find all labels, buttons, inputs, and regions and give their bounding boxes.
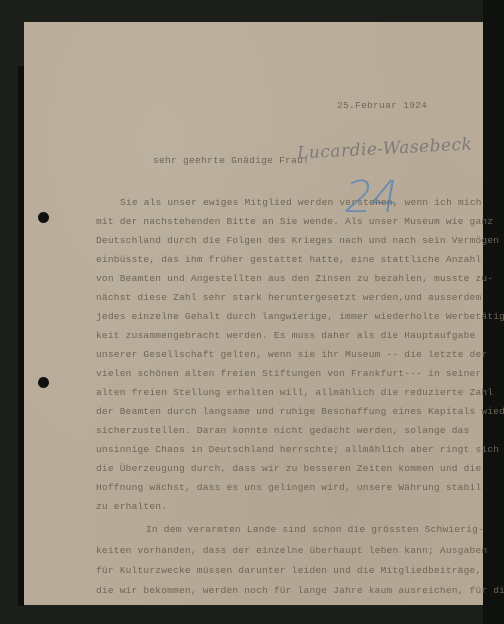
body-line: keiten vorhanden, dass der einzelne über… — [96, 545, 487, 556]
letter-date: 25.Februar 1924 — [337, 100, 427, 111]
body-line: Hoffnung wächst, dass es uns gelingen wi… — [96, 482, 481, 493]
body-line: unsinnige Chaos in Deutschland herrschte… — [96, 444, 499, 455]
body-line: alten freien Stellung erhalten will, all… — [96, 387, 493, 398]
body-line: sicherzustellen. Daran konnte nicht geda… — [96, 425, 470, 436]
body-line: Sie als unser ewiges Mitglied werden ver… — [120, 197, 482, 208]
body-line: keit zusammengebracht werden. Es muss da… — [96, 330, 475, 341]
punch-hole-bottom — [38, 377, 49, 388]
body-line: vielen schönen alten freien Stiftungen v… — [96, 368, 481, 379]
body-line: Deutschland durch die Folgen des Krieges… — [96, 235, 499, 246]
body-line: einbüsste, das ihm früher gestattet hatt… — [96, 254, 481, 265]
punch-hole-top — [38, 212, 49, 223]
body-line: In dem verarmten Lande sind schon die gr… — [146, 524, 484, 535]
body-line: nächst diese Zahl sehr stark herunterges… — [96, 292, 481, 303]
body-line: jedes einzelne Gehalt durch langwierige,… — [96, 311, 504, 322]
body-line: für Kulturzwecke müssen darunter leiden … — [96, 565, 481, 576]
body-line: mit der nachstehenden Bitte an Sie wende… — [96, 216, 493, 227]
body-line: die wir bekommen, werden noch für lange … — [96, 585, 504, 596]
body-line: unserer Gesellschaft gelten, wenn sie ih… — [96, 349, 487, 360]
body-line: von Beamten und Angestellten aus den Zin… — [96, 273, 493, 284]
body-line: der Beamten durch langsame und ruhige Be… — [96, 406, 504, 417]
body-line: zu erhalten. — [96, 501, 167, 512]
salutation: sehr geehrte Gnädige Frau! — [153, 155, 309, 166]
body-line: die Überzeugung durch, dass wir zu besse… — [96, 463, 481, 474]
